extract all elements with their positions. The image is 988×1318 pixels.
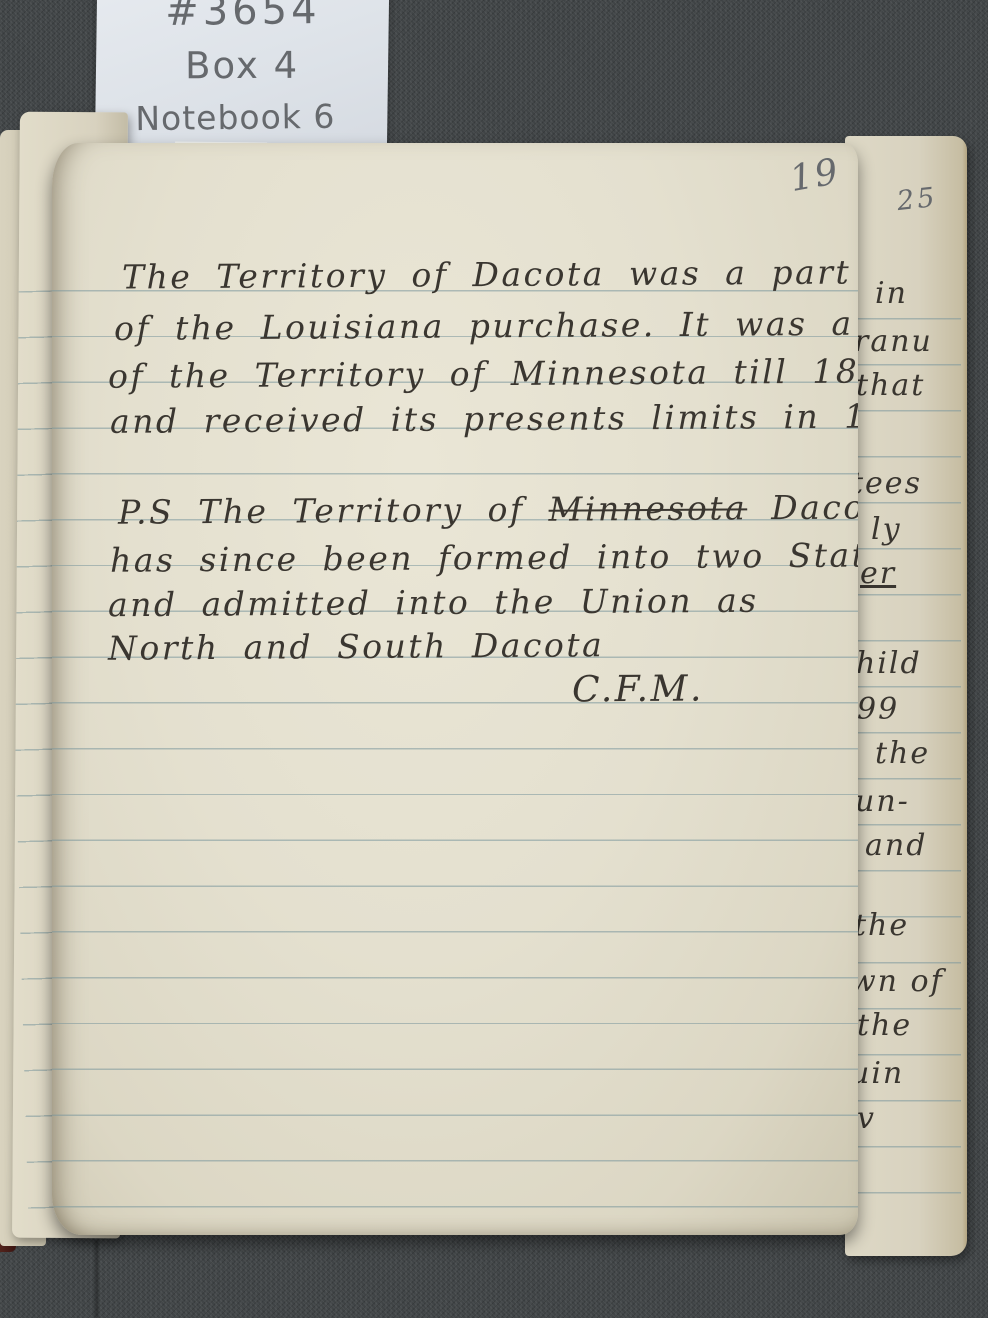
page-fragment: that [856,368,925,403]
page-fragment: tees [851,466,922,501]
handwriting-line: The Territory of Dacota was a part [122,252,851,296]
page-fragment: the [875,736,930,771]
page-fragment: the [854,908,909,943]
struck-word: Minnesota [548,488,747,528]
page-fragment: er [860,556,896,591]
page-fragment: un- [855,784,910,819]
postscript-line: P.S The Territory of Minnesota Dacota [118,487,858,531]
page-fragment: and [865,828,927,863]
handwriting-line: and received its presents limits in 1868 [110,396,858,441]
archival-tag: #3654 Box 4 Notebook 6 [95,0,389,158]
page-fragment: wn of [850,964,944,999]
page-fragment: ranu [854,324,933,359]
handwriting-line: of the Territory of Minnesota till 1849 [108,351,858,396]
page-fragment: hild [856,646,922,681]
page-fragment: ly [871,512,902,547]
page-fragment: v [857,1101,876,1136]
adjacent-page: 25 in ranu that tees ly er hild 99 the u… [845,136,967,1256]
page-fragment: uin [850,1056,904,1091]
tag-notebook-label: Notebook 6 [89,96,381,139]
felt-crease-shadow [95,1240,98,1318]
tag-box-label: Box 4 [96,43,388,87]
page-number: 25 [895,182,938,217]
main-page: 19 The Territory of Dacota was a part of… [52,143,858,1235]
page-fragment: 99 [857,692,899,727]
page-fragment: the [857,1008,912,1043]
handwriting-line: has since been formed into two States [110,535,858,580]
tag-accession-number: #3654 [97,0,390,36]
handwriting-line: North and South Dacota [108,625,604,667]
handwriting-line: of the Louisiana purchase. It was a part [114,303,858,348]
ps-prefix: P.S The Territory of [118,490,549,532]
handwriting-line: and admitted into the Union as [108,581,759,625]
signature: C.F.M. [572,669,704,711]
page-fragment: in [875,276,908,311]
ps-suffix: Dacota [747,487,858,527]
page-number: 19 [787,151,843,200]
